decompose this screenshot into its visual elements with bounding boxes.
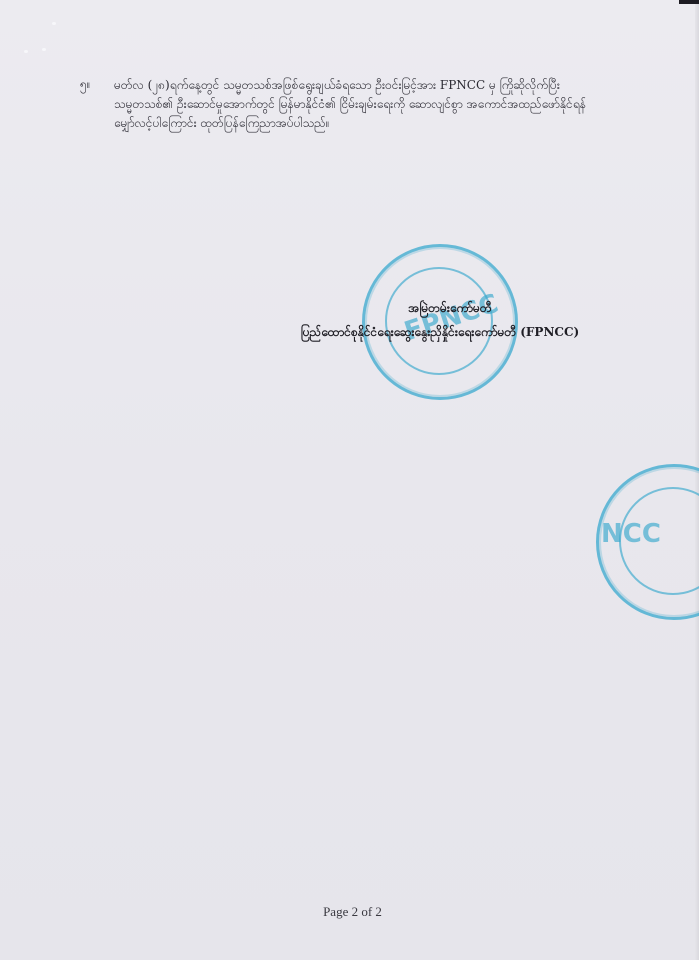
paragraph-line: မတ်လ (၂၈)ရက်နေ့တွင် သမ္မတသစ်အဖြစ်ရွေးချယ…: [114, 76, 674, 95]
document-page: ၅။ မတ်လ (၂၈)ရက်နေ့တွင် သမ္မတသစ်အဖြစ်ရွေး…: [0, 0, 699, 960]
signature-organization: ပြည်ထောင်စုနိုင်ငံရေးဆွေးနွေးညှိနှိုင်းရ…: [260, 324, 620, 342]
paragraph-line: သမ္မတသစ်၏ ဦးဆောင်မှုအောက်တွင် မြန်မာနိုင…: [114, 95, 674, 114]
signature-title: အမြဲတမ်းကော်မတီ: [280, 300, 620, 318]
stamp-label: NCC: [601, 519, 661, 549]
paragraph-body: မတ်လ (၂၈)ရက်နေ့တွင် သမ္မတသစ်အဖြစ်ရွေးချယ…: [114, 76, 674, 133]
fpncc-seal-stamp-partial: NCC: [596, 464, 699, 620]
paragraph-line: မျှော်လင့်ပါကြောင်း ထုတ်ပြန်ကြေညာအပ်ပါသည…: [114, 114, 674, 133]
scan-dust: [52, 22, 56, 25]
scan-dust: [24, 50, 28, 53]
scan-corner: [679, 0, 699, 4]
signature-block: အမြဲတမ်းကော်မတီ ပြည်ထောင်စုနိုင်ငံရေးဆွေ…: [260, 300, 620, 342]
scan-dust: [42, 48, 46, 51]
page-number-footer: Page 2 of 2: [0, 904, 699, 920]
paragraph-number: ၅။: [80, 76, 90, 94]
